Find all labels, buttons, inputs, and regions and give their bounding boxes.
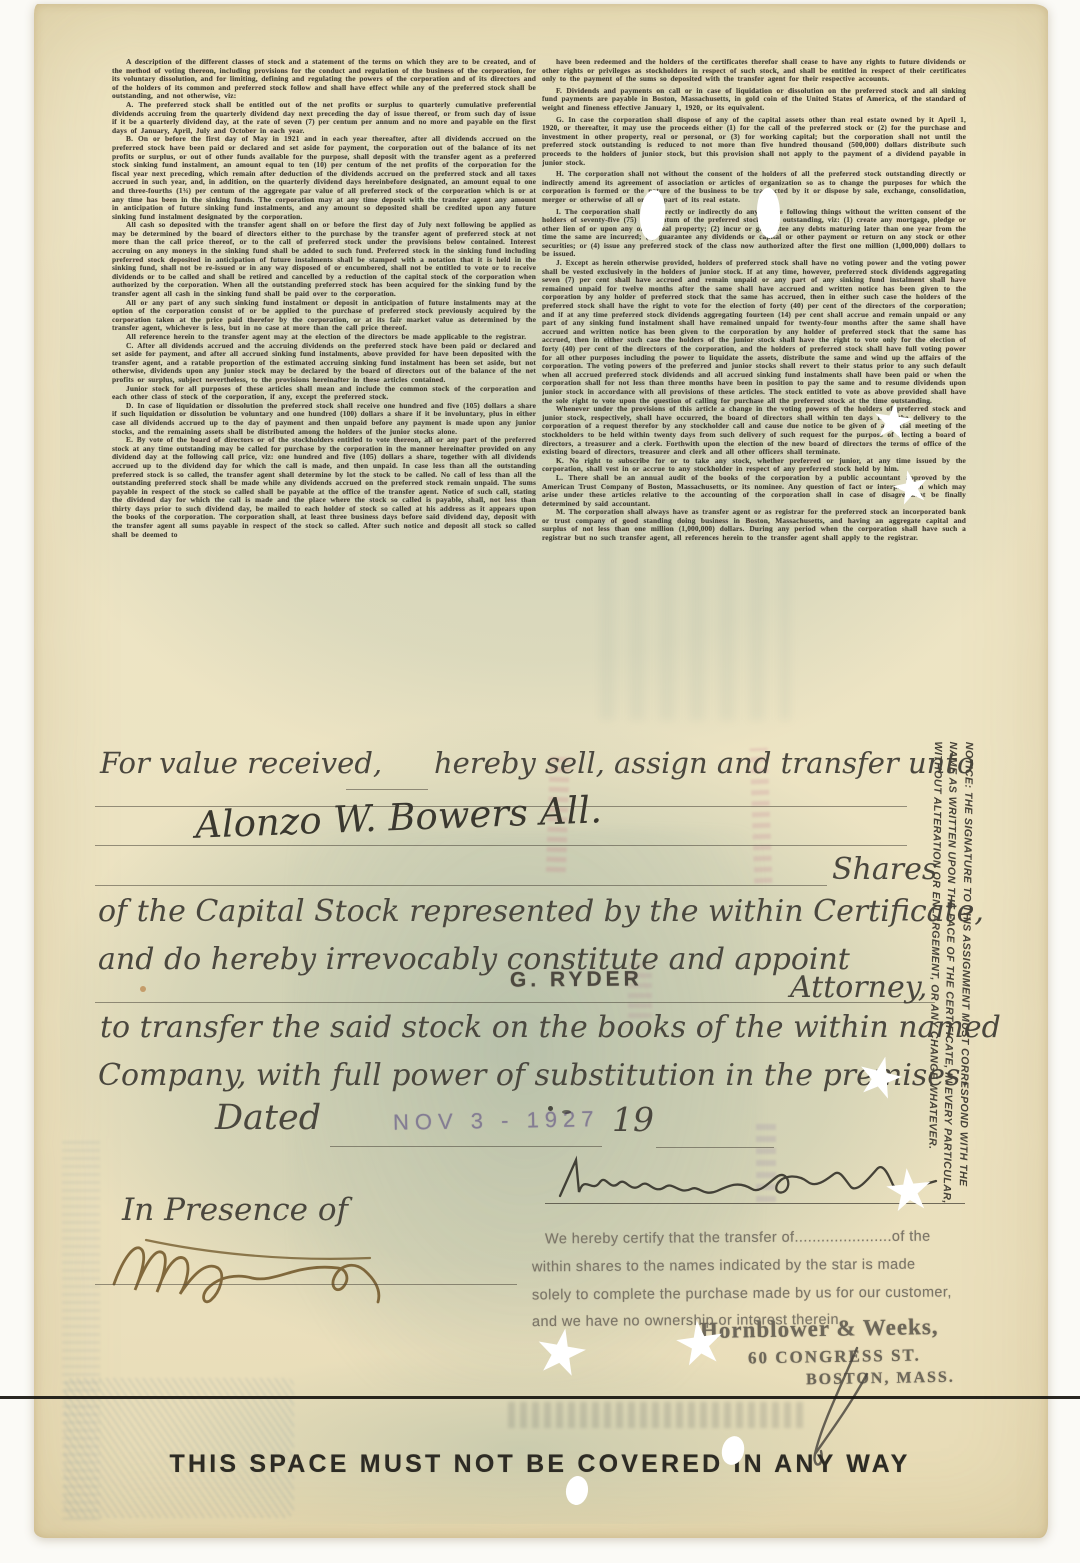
legal-paragraph: E. By vote of the board of directors or … bbox=[112, 436, 536, 539]
legal-terms-right-column: have been redeemed and the holders of th… bbox=[542, 58, 966, 742]
legal-paragraph: M. The corporation shall always have as … bbox=[542, 508, 966, 542]
legal-paragraph: K. No right to subscribe for or to take … bbox=[542, 457, 966, 474]
shares-label: Shares bbox=[832, 852, 937, 887]
writing-line bbox=[95, 1002, 935, 1003]
ink-speck bbox=[548, 1106, 553, 1111]
legal-paragraph: D. In case of liquidation or dissolution… bbox=[112, 402, 536, 436]
witness-label: In Presence of bbox=[122, 1192, 348, 1228]
do-not-cover-warning: THIS SPACE MUST NOT BE COVERED IN ANY WA… bbox=[0, 1450, 1080, 1479]
foxing-spot bbox=[140, 986, 146, 992]
year-line bbox=[656, 1147, 774, 1148]
legal-paragraph: C. After all dividends accrued and the a… bbox=[112, 342, 536, 385]
assignment-line-capital-stock: of the Capital Stock represented by the … bbox=[98, 894, 984, 929]
legal-paragraph: L. There shall be an annual audit of the… bbox=[542, 474, 966, 508]
writing-line bbox=[95, 845, 907, 846]
attorney-name-rubber-stamp: G. RYDER bbox=[510, 967, 643, 992]
witness-line bbox=[95, 1284, 517, 1285]
broker-certify-stamp-line: within shares to the names indicated by … bbox=[532, 1257, 916, 1276]
writing-line bbox=[95, 885, 827, 886]
assignment-line-constitute-appoint: and do hereby irrevocably constitute and… bbox=[98, 942, 850, 977]
broker-certify-stamp-line: solely to complete the purchase made by … bbox=[532, 1285, 952, 1304]
legal-paragraph: I. The corporation shall not directly or… bbox=[542, 208, 966, 260]
legal-paragraph: F. Dividends and payments on call or in … bbox=[542, 87, 966, 113]
assignment-line-transfer-books: to transfer the said stock on the books … bbox=[100, 1010, 1001, 1045]
ink-speck bbox=[562, 1110, 571, 1114]
broker-firm-name-stamp: Hornblower & Weeks, bbox=[700, 1314, 939, 1344]
legal-paragraph: A. The preferred stock shall be entitled… bbox=[112, 101, 536, 135]
dated-label: Dated bbox=[215, 1098, 321, 1138]
blank-line-short bbox=[346, 789, 428, 790]
stock-certificate-back-scan: A description of the different classes o… bbox=[0, 0, 1080, 1563]
stockholder-signature-scrawl bbox=[552, 1150, 944, 1208]
attorney-label: Attorney, bbox=[790, 970, 927, 1005]
legal-paragraph: A description of the different classes o… bbox=[112, 58, 536, 101]
witness-signature-scrawl bbox=[102, 1226, 422, 1314]
legal-paragraph: All cash so deposited with the transfer … bbox=[112, 221, 536, 298]
legal-paragraph: All or any part of any such sinking fund… bbox=[112, 299, 536, 333]
legal-terms-left-column: A description of the different classes o… bbox=[112, 58, 536, 742]
assignment-opening-phrase-cont: hereby sell, assign and transfer unto bbox=[434, 746, 974, 780]
legal-paragraph: G. In case the corporation shall dispose… bbox=[542, 116, 966, 168]
legal-paragraph: have been redeemed and the holders of th… bbox=[542, 58, 966, 84]
signature-correspondence-notice: NOTICE: THE SIGNATURE TO THIS ASSIGNMENT… bbox=[922, 741, 976, 1250]
legal-paragraph: Whenever under the provisions of this ar… bbox=[542, 405, 966, 457]
legal-paragraph: B. On or before the first day of May in … bbox=[112, 135, 536, 221]
legal-paragraph: Junior stock for all purposes of these a… bbox=[112, 385, 536, 402]
footer-separator-line bbox=[0, 1396, 1080, 1399]
assignment-opening-phrase: For value received, bbox=[100, 746, 382, 780]
broker-certify-stamp-line: We hereby certify that the transfer of..… bbox=[545, 1229, 931, 1248]
date-line bbox=[330, 1146, 602, 1147]
year-prefix: 19 bbox=[612, 1100, 654, 1139]
legal-paragraph: J. Except as herein otherwise provided, … bbox=[542, 259, 966, 405]
legal-paragraph: H. The corporation shall not without the… bbox=[542, 170, 966, 204]
assignment-line-substitution: Company, with full power of substitution… bbox=[98, 1058, 970, 1093]
